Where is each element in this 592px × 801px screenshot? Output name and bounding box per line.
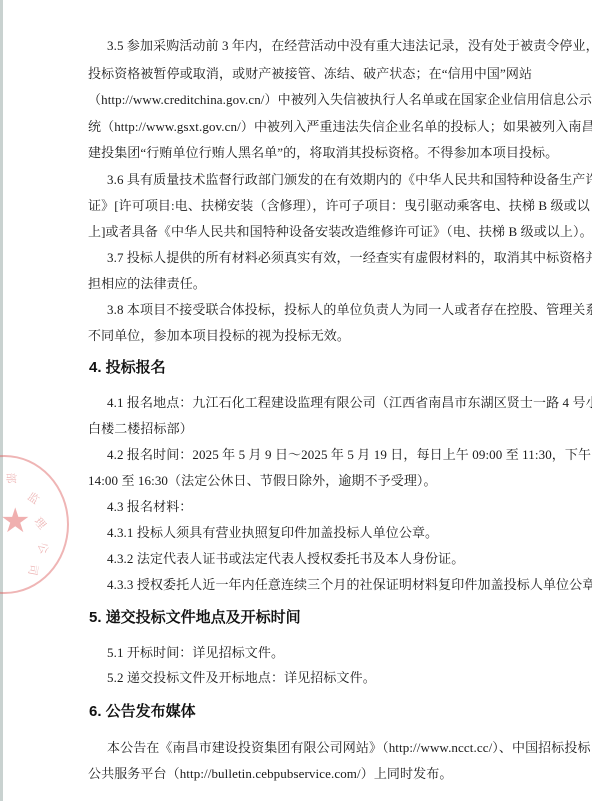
para-4-2-line-1: 4.2 报名时间：2025 年 5 月 9 日～2025 年 5 月 19 日，… (107, 447, 591, 463)
seal-text-fragment: 部 (4, 473, 20, 484)
para-4-2-line-2: 14:00 至 16:30（法定公休日、节假日除外，逾期不予受理）。 (88, 473, 437, 489)
section-5-heading: 5. 递交投标文件地点及开标时间 (89, 609, 301, 627)
para-5-2: 5.2 递交投标文件及开标地点：详见招标文件。 (107, 670, 376, 686)
para-3-8-line-1: 3.8 本项目不接受联合体投标，投标人的单位负责人为同一人或者存在控股、管理关系… (107, 302, 592, 318)
para-3-7-line-1: 3.7 投标人提供的所有材料必须真实有效，一经查实有虚假材料的，取消其中标资格并… (107, 250, 592, 266)
para-3-6-line-2: 证》[许可项目:电、扶梯安装（含修理），许可子项目：曳引驱动乘客电、扶梯 B 级… (88, 198, 590, 214)
section-4-heading: 4. 投标报名 (89, 359, 166, 377)
para-4-1-line-1: 4.1 报名地点：九江石化工程建设监理有限公司（江西省南昌市东湖区贤士一路 4 … (107, 395, 592, 411)
document-page: 3.5 参加采购活动前 3 年内，在经营活动中没有重大违法记录，没有处于被责令停… (0, 0, 592, 801)
seal-star-icon: ★ (0, 505, 30, 539)
seal-text-fragment: 司 (25, 563, 43, 577)
para-3-7-line-2: 担相应的法律责任。 (88, 276, 206, 292)
seal-text-fragment: 理 (31, 514, 50, 533)
para-3-5-line-1: 3.5 参加采购活动前 3 年内，在经营活动中没有重大违法记录，没有处于被责令停… (107, 38, 592, 54)
seal-text-fragment: 公 (34, 540, 53, 556)
para-3-5-line-5: 建投集团“行贿单位行贿人黑名单”的，将取消其投标资格。不得参加本项目投标。 (88, 145, 558, 161)
para-3-5-line-3: （http://www.creditchina.gov.cn/）中被列入失信被执… (88, 92, 592, 108)
para-3-5-line-2: 投标资格被暂停或取消，或财产被接管、冻结、破产状态；在“信用中国”网站 (88, 66, 520, 82)
para-4-1-line-2: 白楼二楼招标部） (88, 421, 193, 437)
para-4-3: 4.3 报名材料： (107, 499, 192, 515)
para-3-5-line-4: 统（http://www.gsxt.gov.cn/）中被列入严重违法失信企业名单… (88, 119, 592, 135)
para-4-3-2: 4.3.2 法定代表人证书或法定代表人授权委托书及本人身份证。 (107, 551, 464, 567)
section-6-heading: 6. 公告发布媒体 (89, 703, 196, 721)
para-3-6-line-1: 3.6 具有质量技术监督行政部门颁发的在有效期内的《中华人民共和国特种设备生产许… (107, 172, 592, 188)
para-6-line-1: 本公告在《南昌市建设投资集团有限公司网站》（http://www.ncct.cc… (107, 740, 591, 756)
para-3-6-line-3: 上]或者具备《中华人民共和国特种设备安装改造维修许可证》（电、扶梯 B 级或以上… (88, 224, 592, 240)
para-3-8-line-2: 不同单位，参加本项目投标的视为投标无效。 (88, 328, 350, 344)
para-4-3-1: 4.3.1 投标人须具有营业执照复印件加盖投标人单位公章。 (107, 525, 438, 541)
para-5-1: 5.1 开标时间：详见招标文件。 (107, 645, 284, 661)
para-6-line-2: 公共服务平台（http://bulletin.cebpubservice.com… (88, 766, 452, 782)
para-4-3-3: 4.3.3 授权委托人近一年内任意连续三个月的社保证明材料复印件加盖投标人单位公… (107, 577, 592, 593)
